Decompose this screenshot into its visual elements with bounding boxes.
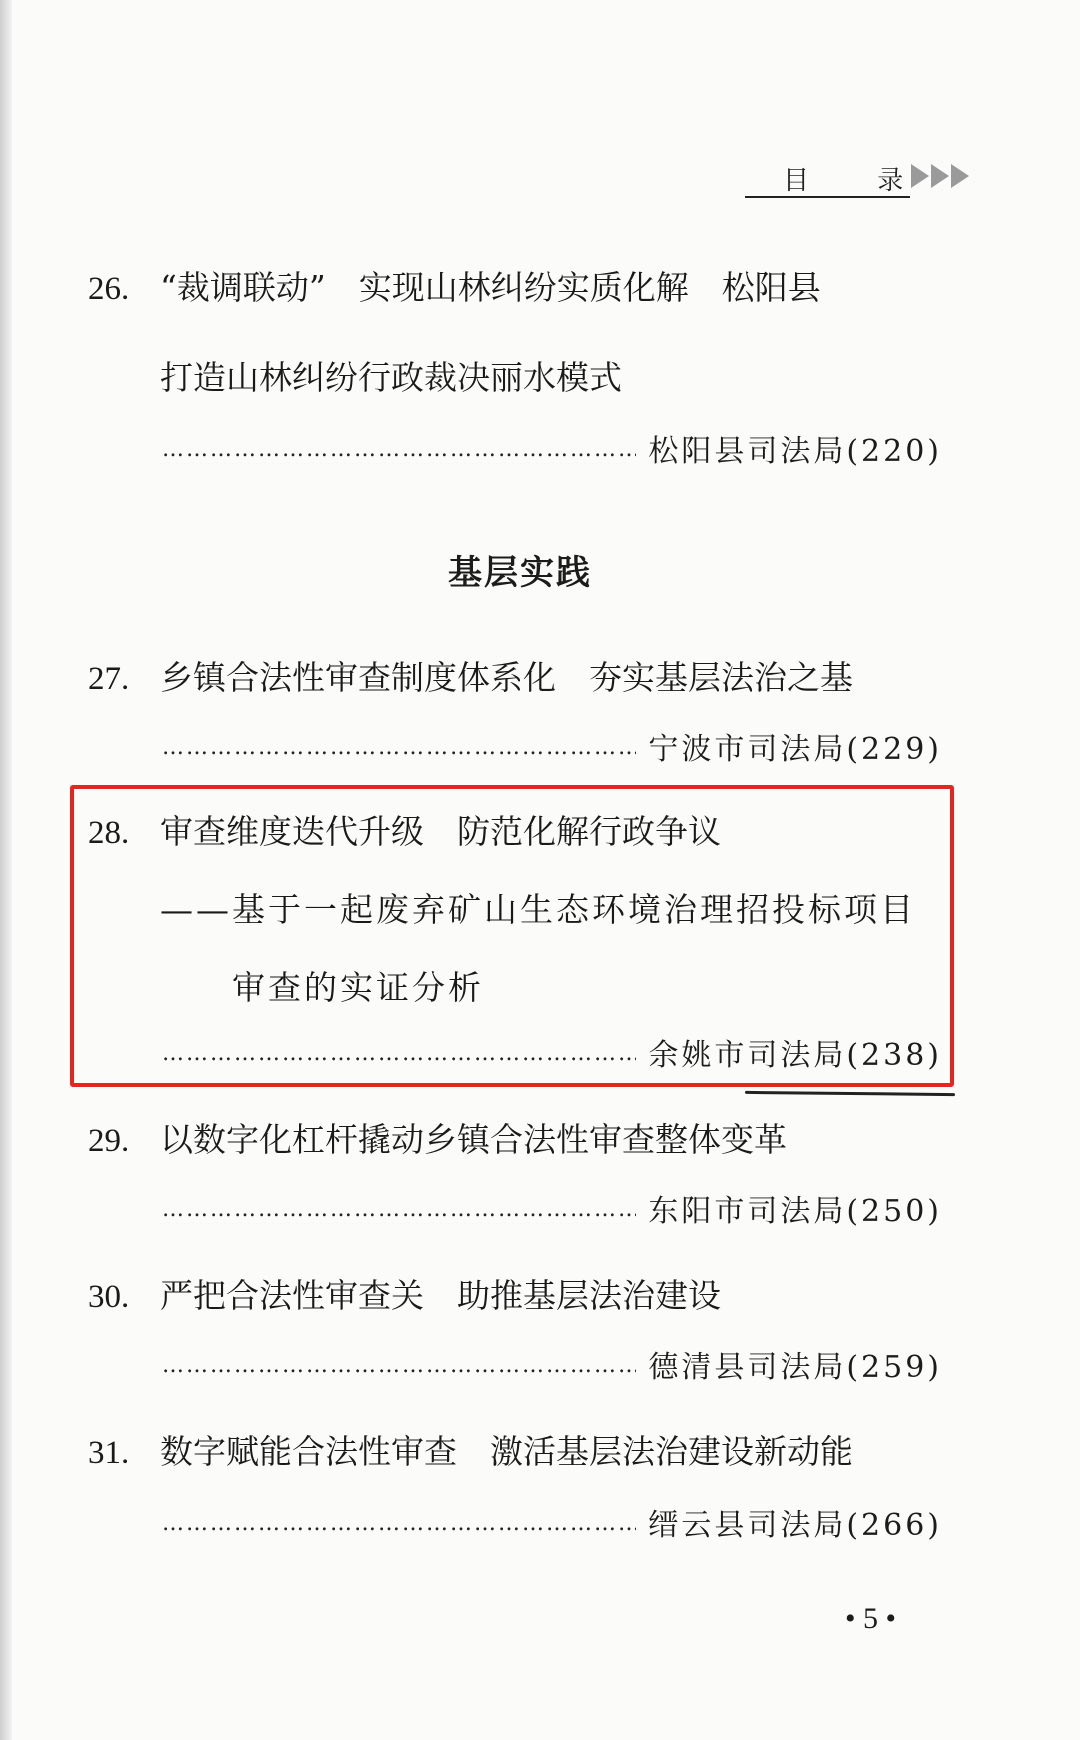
toc-entry-28-subtitle-1: ——基于一起废弃矿山生态环境治理招投标项目 bbox=[160, 884, 916, 931]
entry-title: 审查维度迭代升级 防范化解行政争议 bbox=[160, 812, 721, 851]
entry-title: “裁调联动” 实现山林纠纷实质化解 松阳县 bbox=[160, 268, 821, 307]
entry-number: 29. bbox=[88, 1123, 160, 1160]
entry-author-page: 宁波市司法局(229) bbox=[636, 724, 942, 768]
entry-author-page: 德清县司法局(259) bbox=[636, 1342, 942, 1386]
toc-entry-26-leader[interactable]: ………………………………………………………………………… 松阳县司法局(220) bbox=[162, 430, 942, 470]
dot-leader: ………………………………………………………………………… bbox=[162, 735, 636, 768]
toc-entry-29-leader[interactable]: ………………………………………………………………………… 东阳市司法局(250) bbox=[162, 1190, 942, 1230]
entry-author-page: 余姚市司法局(238) bbox=[636, 1030, 942, 1074]
pen-underline-mark bbox=[745, 1091, 955, 1096]
entry-title: 数字赋能合法性审查 激活基层法治建设新动能 bbox=[160, 1432, 853, 1471]
entry-number: 30. bbox=[88, 1279, 160, 1316]
section-title: 基层实践 bbox=[0, 545, 1040, 594]
entry-title: 以数字化杠杆撬动乡镇合法性审查整体变革 bbox=[160, 1120, 787, 1159]
toc-entry-28-subtitle-2: 审查的实证分析 bbox=[232, 962, 484, 1009]
toc-entry-31-title[interactable]: 31.数字赋能合法性审查 激活基层法治建设新动能 bbox=[88, 1426, 853, 1473]
toc-entry-30-title[interactable]: 30.严把合法性审查关 助推基层法治建设 bbox=[88, 1270, 721, 1317]
page-edge-shadow bbox=[0, 0, 12, 1740]
toc-entry-26-title-line-1[interactable]: 26.“裁调联动” 实现山林纠纷实质化解 松阳县 bbox=[88, 262, 821, 309]
entry-author-page: 缙云县司法局(266) bbox=[636, 1500, 942, 1544]
dot-leader: ………………………………………………………………………… bbox=[162, 1041, 636, 1074]
toc-entry-26-title-line-2: 打造山林纠纷行政裁决丽水模式 bbox=[160, 352, 622, 399]
entry-author-page: 东阳市司法局(250) bbox=[636, 1186, 942, 1230]
dot-leader: ………………………………………………………………………… bbox=[162, 437, 636, 470]
toc-entry-30-leader[interactable]: ………………………………………………………………………… 德清县司法局(259) bbox=[162, 1346, 942, 1386]
header-rule bbox=[745, 196, 910, 198]
entry-number: 26. bbox=[88, 271, 160, 308]
toc-entry-29-title[interactable]: 29.以数字化杠杆撬动乡镇合法性审查整体变革 bbox=[88, 1114, 787, 1161]
entry-author-page: 松阳县司法局(220) bbox=[636, 426, 942, 470]
page-number: • 5 • bbox=[845, 1602, 896, 1636]
entry-number: 28. bbox=[88, 815, 160, 852]
toc-entry-28-leader[interactable]: ………………………………………………………………………… 余姚市司法局(238) bbox=[162, 1034, 942, 1074]
dot-leader: ………………………………………………………………………… bbox=[162, 1511, 636, 1544]
dot-leader: ………………………………………………………………………… bbox=[162, 1197, 636, 1230]
entry-number: 31. bbox=[88, 1435, 160, 1472]
toc-entry-28-title[interactable]: 28.审查维度迭代升级 防范化解行政争议 bbox=[88, 806, 721, 853]
entry-number: 27. bbox=[88, 661, 160, 698]
toc-entry-27-leader[interactable]: ………………………………………………………………………… 宁波市司法局(229) bbox=[162, 728, 942, 768]
toc-entry-31-leader[interactable]: ………………………………………………………………………… 缙云县司法局(266) bbox=[162, 1504, 942, 1544]
toc-entry-27-title[interactable]: 27.乡镇合法性审查制度体系化 夯实基层法治之基 bbox=[88, 652, 853, 699]
running-header: 目 录 bbox=[745, 158, 985, 208]
entry-title: 乡镇合法性审查制度体系化 夯实基层法治之基 bbox=[160, 658, 853, 697]
dot-leader: ………………………………………………………………………… bbox=[162, 1353, 636, 1386]
triple-right-arrow-icon bbox=[911, 164, 969, 188]
entry-title: 严把合法性审查关 助推基层法治建设 bbox=[160, 1276, 721, 1315]
